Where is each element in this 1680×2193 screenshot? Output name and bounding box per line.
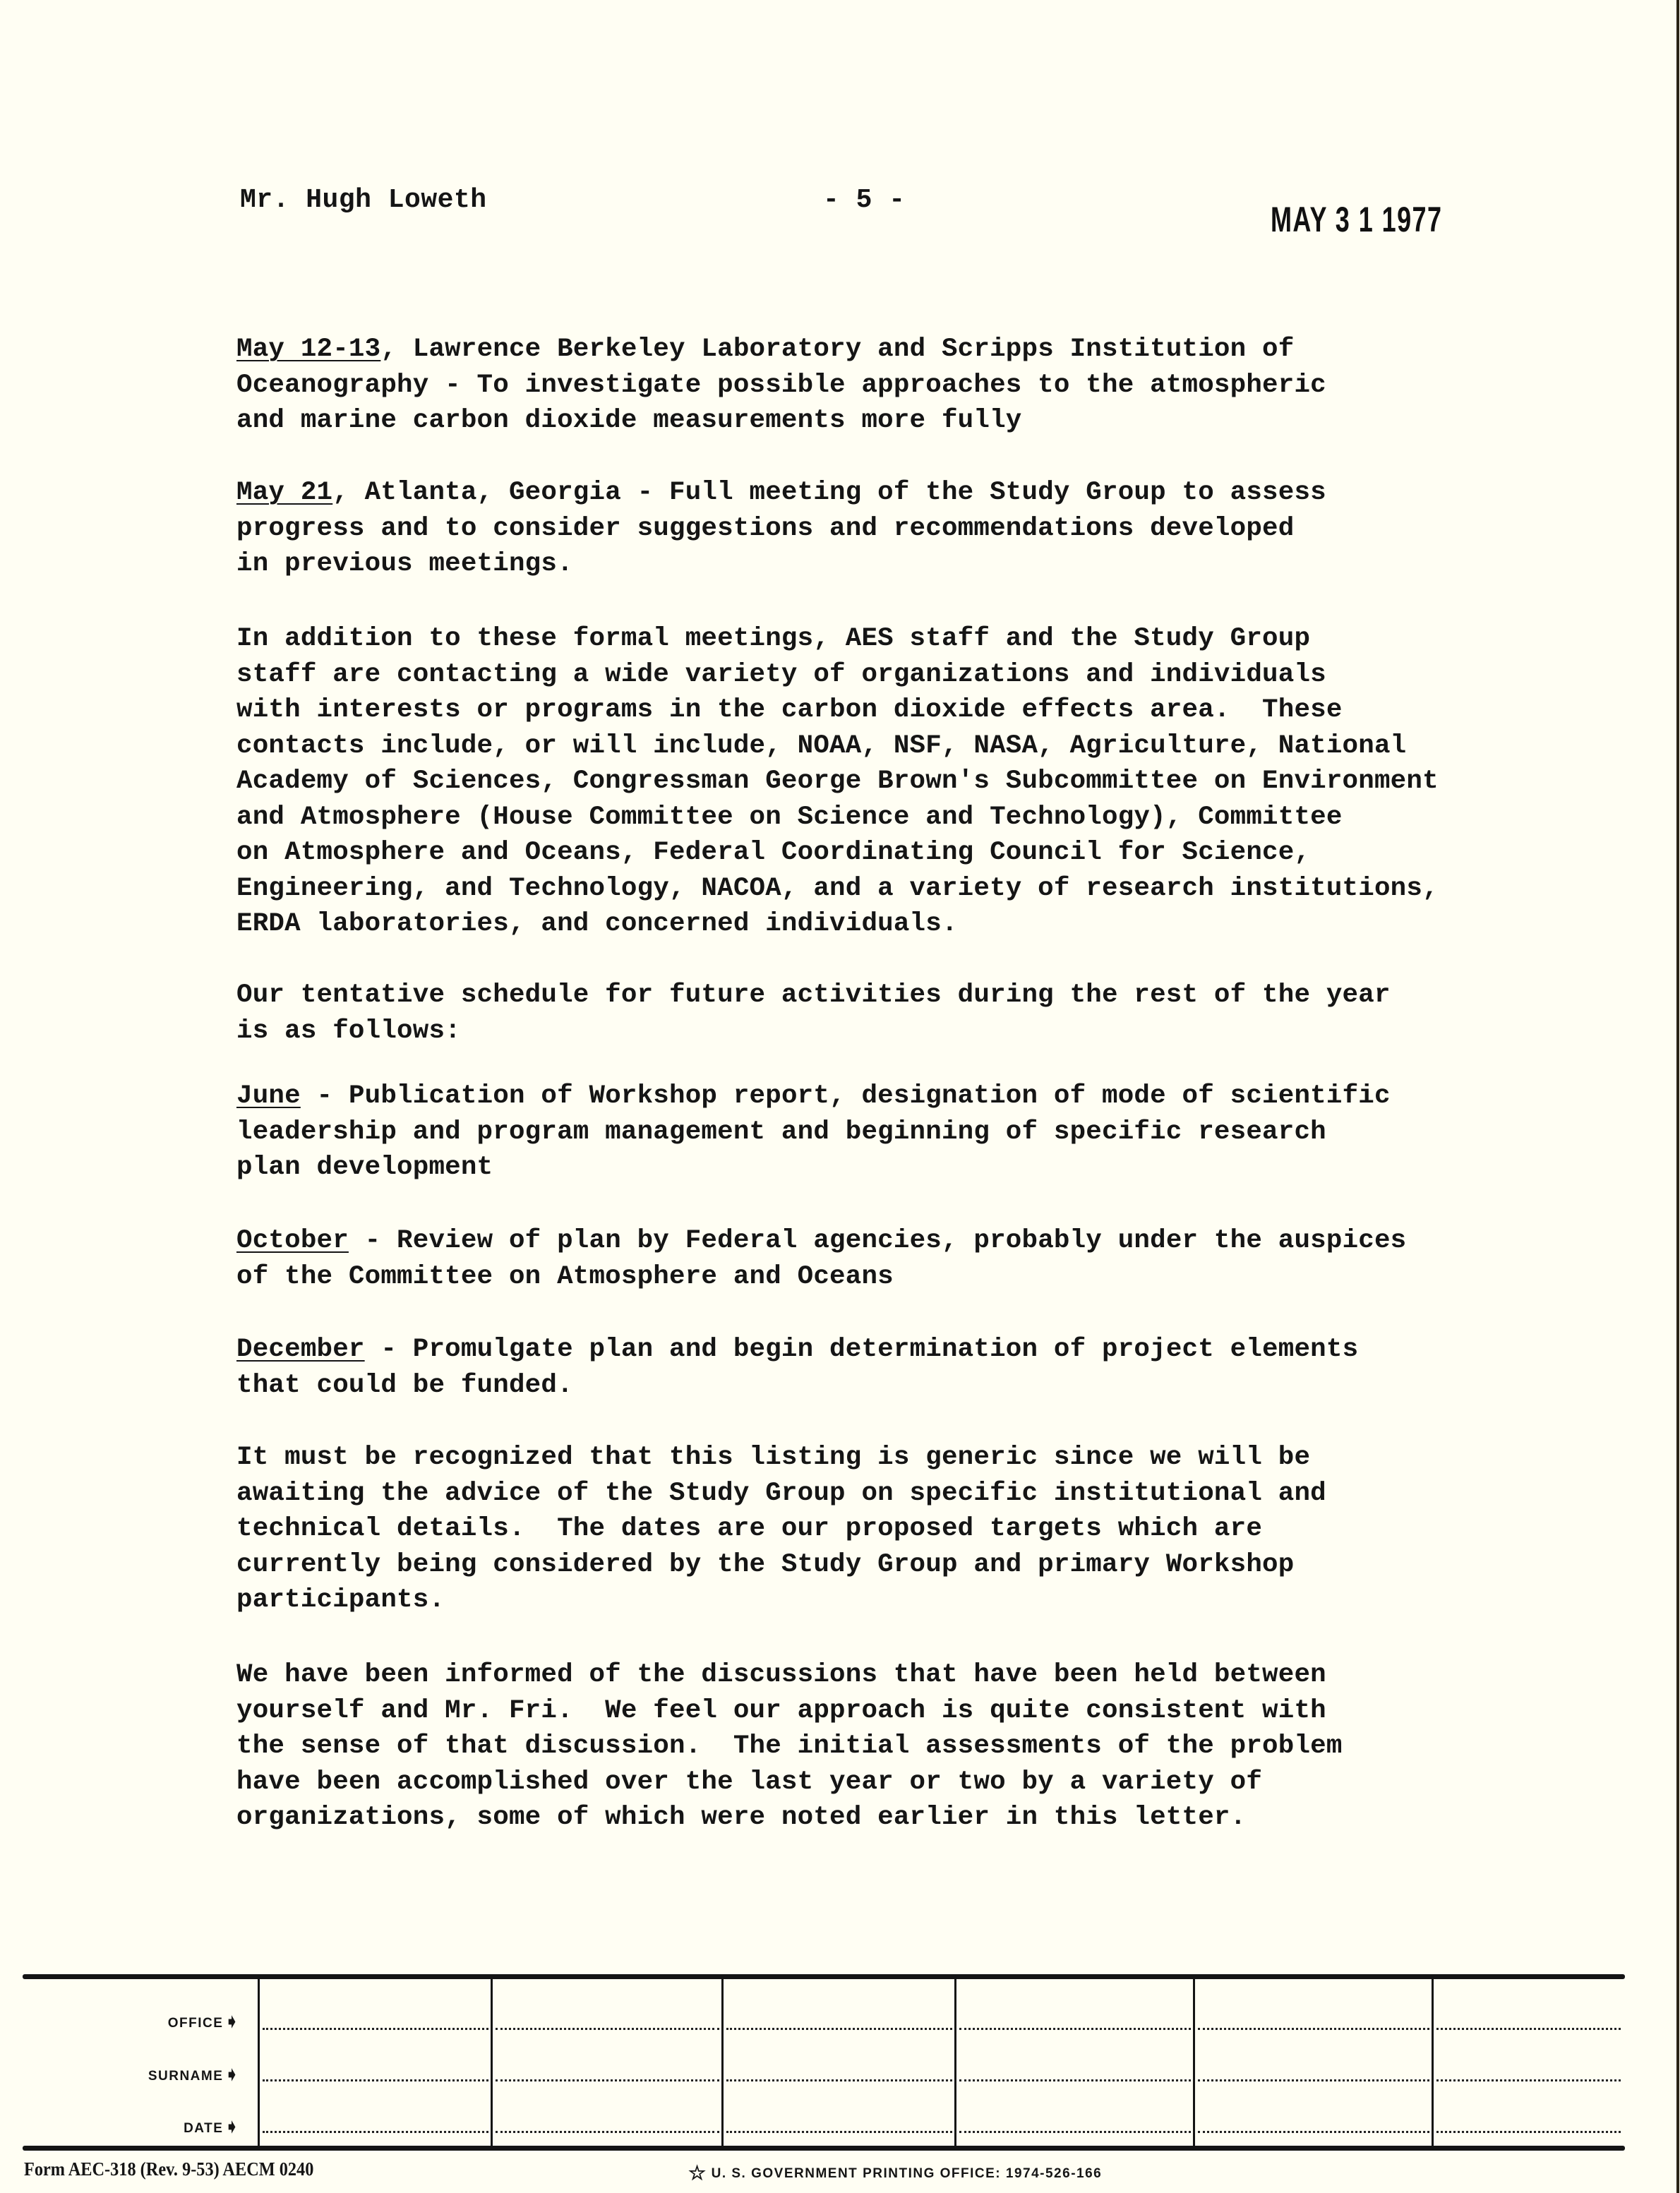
- printer-imprint: ☆U. S. GOVERNMENT PRINTING OFFICE: 1974-…: [688, 2161, 1102, 2185]
- meeting-date: May 12-13: [236, 335, 380, 364]
- contacts-paragraph: In addition to these formal meetings, AE…: [236, 621, 1578, 942]
- discussions-paragraph: We have been informed of the discussions…: [236, 1657, 1578, 1836]
- column-divider: [1193, 1976, 1195, 2146]
- form-field-surname[interactable]: [496, 2079, 719, 2081]
- row-label-office: OFFICE➧: [168, 2012, 240, 2032]
- form-field-office[interactable]: [959, 2028, 1191, 2030]
- form-field-surname[interactable]: [726, 2079, 952, 2081]
- form-field-date[interactable]: [959, 2131, 1191, 2133]
- star-icon: ☆: [688, 2162, 707, 2184]
- form-identifier: Form AEC-318 (Rev. 9-53) AECM 0240: [24, 2158, 313, 2180]
- form-bottom-rule: [23, 2146, 1625, 2151]
- form-field-office[interactable]: [496, 2028, 719, 2030]
- form-field-office[interactable]: [1198, 2028, 1429, 2030]
- generic-listing-paragraph: It must be recognized that this listing …: [236, 1440, 1578, 1618]
- form-field-surname[interactable]: [263, 2079, 488, 2081]
- form-field-date[interactable]: [726, 2131, 952, 2133]
- arrow-right-icon: ➧: [224, 2117, 240, 2137]
- arrow-right-icon: ➧: [224, 2065, 240, 2084]
- form-field-office[interactable]: [726, 2028, 952, 2030]
- meeting-item-may-21: May 21, Atlanta, Georgia - Full meeting …: [236, 475, 1578, 582]
- column-divider: [954, 1976, 956, 2146]
- schedule-month: December: [236, 1335, 365, 1364]
- form-field-office[interactable]: [1436, 2028, 1621, 2030]
- form-top-rule: [23, 1974, 1625, 1979]
- form-field-surname[interactable]: [1198, 2079, 1429, 2081]
- row-label-date: DATE➧: [184, 2117, 240, 2137]
- schedule-month: June: [236, 1081, 301, 1111]
- column-divider: [491, 1976, 493, 2146]
- form-field-office[interactable]: [263, 2028, 488, 2030]
- schedule-item-june: June - Publication of Workshop report, d…: [236, 1079, 1578, 1186]
- meeting-date: May 21: [236, 478, 332, 507]
- form-field-date[interactable]: [263, 2131, 488, 2133]
- row-label-surname: SURNAME➧: [148, 2065, 240, 2085]
- column-divider: [721, 1976, 724, 2146]
- schedule-month: October: [236, 1226, 349, 1256]
- page-edge-line: [1676, 0, 1679, 2193]
- schedule-item-december: December - Promulgate plan and begin det…: [236, 1332, 1578, 1403]
- form-field-date[interactable]: [1198, 2131, 1429, 2133]
- meeting-item-may-12-13: May 12-13, Lawrence Berkeley Laboratory …: [236, 332, 1578, 439]
- schedule-item-october: October - Review of plan by Federal agen…: [236, 1223, 1578, 1294]
- arrow-right-icon: ➧: [224, 2012, 240, 2031]
- form-field-surname[interactable]: [959, 2079, 1191, 2081]
- form-field-surname[interactable]: [1436, 2079, 1621, 2081]
- schedule-intro: Our tentative schedule for future activi…: [236, 978, 1578, 1049]
- form-field-date[interactable]: [1436, 2131, 1621, 2133]
- recipient-name: Mr. Hugh Loweth: [240, 185, 487, 215]
- column-divider: [258, 1976, 260, 2146]
- date-stamp: MAY 3 1 1977: [1271, 199, 1442, 240]
- page-number: - 5 -: [823, 185, 906, 215]
- column-divider: [1432, 1976, 1434, 2146]
- form-field-date[interactable]: [496, 2131, 719, 2133]
